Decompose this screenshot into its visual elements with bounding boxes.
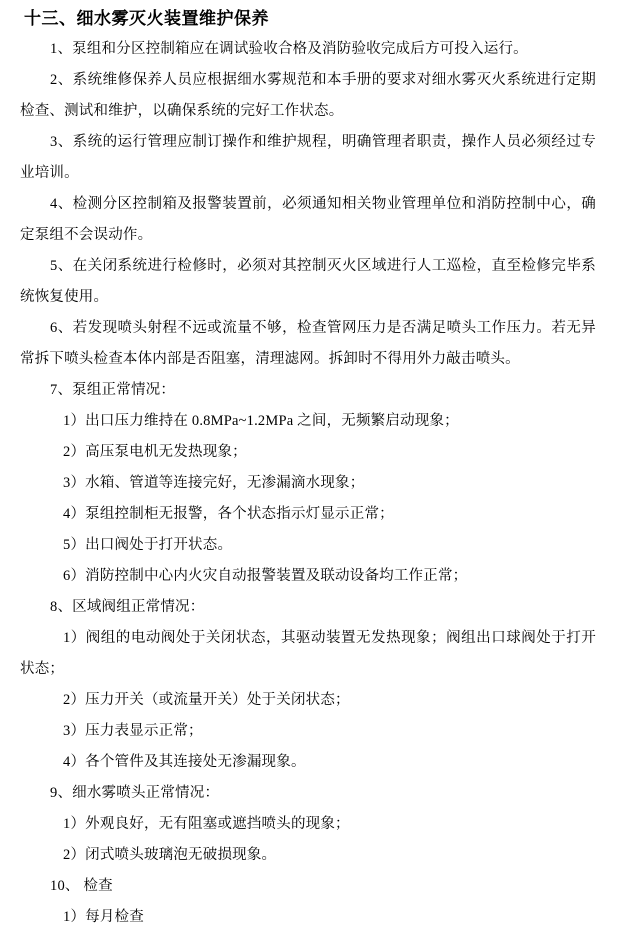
paragraph: 2）闭式喷头玻璃泡无破损现象。	[20, 840, 596, 871]
paragraph: 1、泵组和分区控制箱应在调试验收合格及消防验收完成后方可投入运行。	[20, 34, 596, 65]
paragraph: 2、系统维修保养人员应根据细水雾规范和本手册的要求对细水雾灭火系统进行定期检查、…	[20, 65, 596, 127]
paragraph: 6、若发现喷头射程不远或流量不够，检查管网压力是否满足喷头工作压力。若无异常拆下…	[20, 313, 596, 375]
document-page: 十三、细水雾灭火装置维护保养 1、泵组和分区控制箱应在调试验收合格及消防验收完成…	[0, 0, 618, 942]
paragraph: 3）水箱、管道等连接完好，无渗漏滴水现象；	[20, 468, 596, 499]
paragraph: 5、在关闭系统进行检修时，必须对其控制灭火区域进行人工巡检，直至检修完毕系统恢复…	[20, 251, 596, 313]
paragraph: 6）消防控制中心内火灾自动报警装置及联动设备均工作正常；	[20, 561, 596, 592]
paragraph: 10、 检查	[20, 871, 596, 902]
paragraph: 7、泵组正常情况：	[20, 375, 596, 406]
document-body: 1、泵组和分区控制箱应在调试验收合格及消防验收完成后方可投入运行。2、系统维修保…	[20, 34, 596, 933]
paragraph: 9、细水雾喷头正常情况：	[20, 778, 596, 809]
paragraph: 4）各个管件及其连接处无渗漏现象。	[20, 747, 596, 778]
paragraph: 1）每月检查	[20, 902, 596, 933]
paragraph: 1）阀组的电动阀处于关闭状态，其驱动装置无发热现象；阀组出口球阀处于打开状态；	[20, 623, 596, 685]
paragraph: 2）压力开关（或流量开关）处于关闭状态；	[20, 685, 596, 716]
paragraph: 2）高压泵电机无发热现象；	[20, 437, 596, 468]
paragraph: 3）压力表显示正常；	[20, 716, 596, 747]
paragraph: 1）出口压力维持在 0.8MPa~1.2MPa 之间，无频繁启动现象；	[20, 406, 596, 437]
paragraph: 5）出口阀处于打开状态。	[20, 530, 596, 561]
paragraph: 4、检测分区控制箱及报警装置前，必须通知相关物业管理单位和消防控制中心，确定泵组…	[20, 189, 596, 251]
document-title: 十三、细水雾灭火装置维护保养	[24, 4, 596, 34]
paragraph: 1）外观良好，无有阻塞或遮挡喷头的现象；	[20, 809, 596, 840]
paragraph: 3、系统的运行管理应制订操作和维护规程，明确管理者职责，操作人员必须经过专业培训…	[20, 127, 596, 189]
paragraph: 8、区域阀组正常情况：	[20, 592, 596, 623]
paragraph: 4）泵组控制柜无报警，各个状态指示灯显示正常；	[20, 499, 596, 530]
